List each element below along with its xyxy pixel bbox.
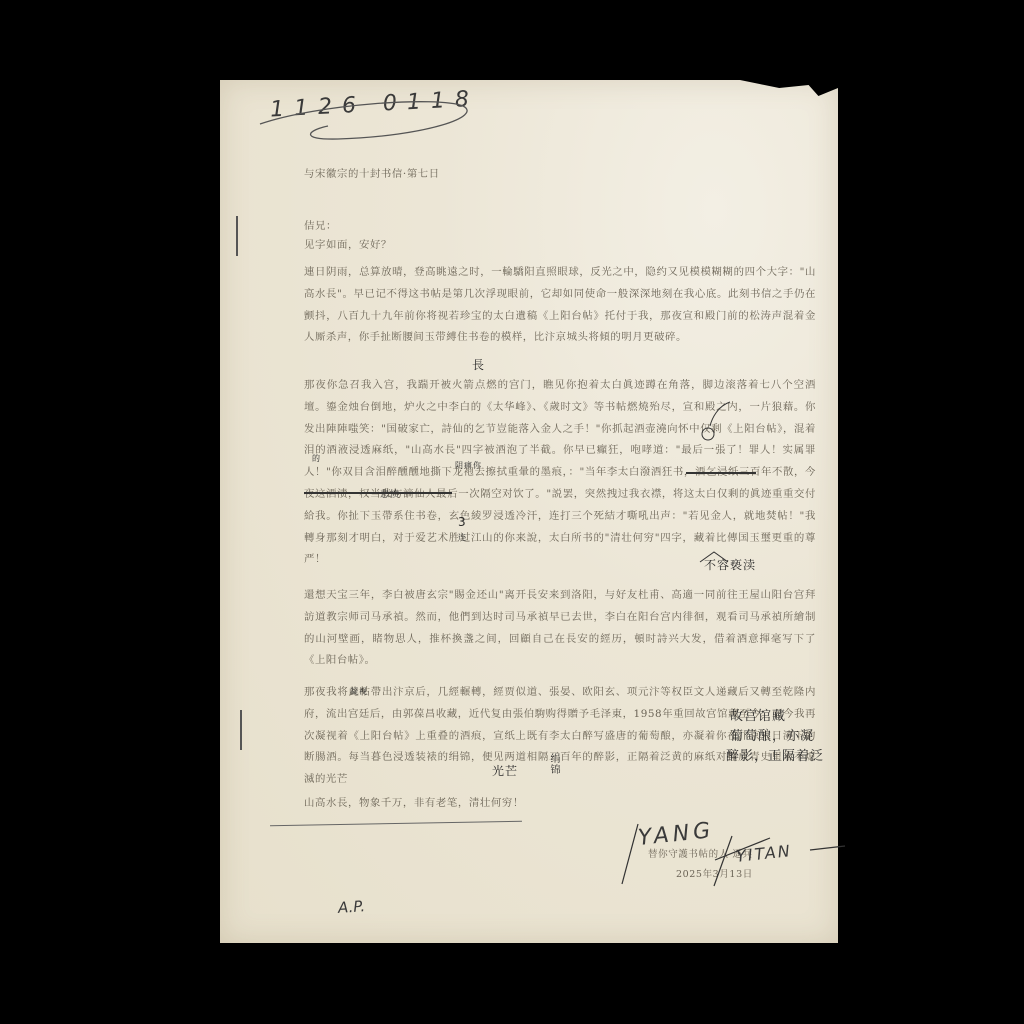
binding-staple-bottom [240, 710, 246, 750]
binding-staple-top [236, 216, 242, 256]
annotation-fix: 绢锦 [546, 753, 561, 775]
paragraph-3: 還想天宝三年，李白被唐玄宗"賜金还山"离开長安来到洛阳，与好友杜甫、高適一同前往… [304, 585, 816, 672]
torn-corner [740, 76, 838, 96]
insertion-mark [698, 398, 758, 448]
annotation-insert: 葡萄酿，亦凝 [730, 725, 814, 744]
annotation-insert: 醉影，正隔着泛 [726, 745, 824, 764]
letter-title: 与宋徽宗的十封书信·第七日 [304, 164, 440, 185]
greeting: 见字如面，安好？ [304, 235, 392, 256]
annotation-fix: 连 [458, 532, 467, 543]
initials: A.P. [337, 897, 365, 917]
letter-page: 1126 0118 与宋徽宗的十封书信·第七日 佶兄： 见字如面，安好？ 連日阴… [220, 80, 838, 943]
annotation-fix: 長 [472, 356, 485, 373]
annotation-fix: 光芒 [492, 762, 518, 779]
annotation-fix: 阴痛你 [455, 460, 482, 471]
annotation-fix: 的 [312, 453, 321, 464]
annotation-fix: 3 [458, 515, 467, 529]
annotation-insert: 故宫馆藏 [730, 705, 786, 724]
strikethrough [304, 492, 452, 494]
paragraph-1: 連日阴雨，总算放晴，登高眺遠之时，一輪驕阳直照眼球，反光之中，隐约又见模模糊糊的… [304, 262, 816, 349]
closing-underline [270, 821, 522, 826]
closing-line: 山高水長，物象千万，非有老笔，清壮何穷！ [304, 793, 524, 814]
archive-number-circle [258, 94, 478, 144]
strikethrough [686, 472, 756, 474]
annotation-fix: 凝视 [350, 686, 368, 697]
signature-strokes [620, 820, 850, 890]
insertion-caret [698, 550, 738, 570]
